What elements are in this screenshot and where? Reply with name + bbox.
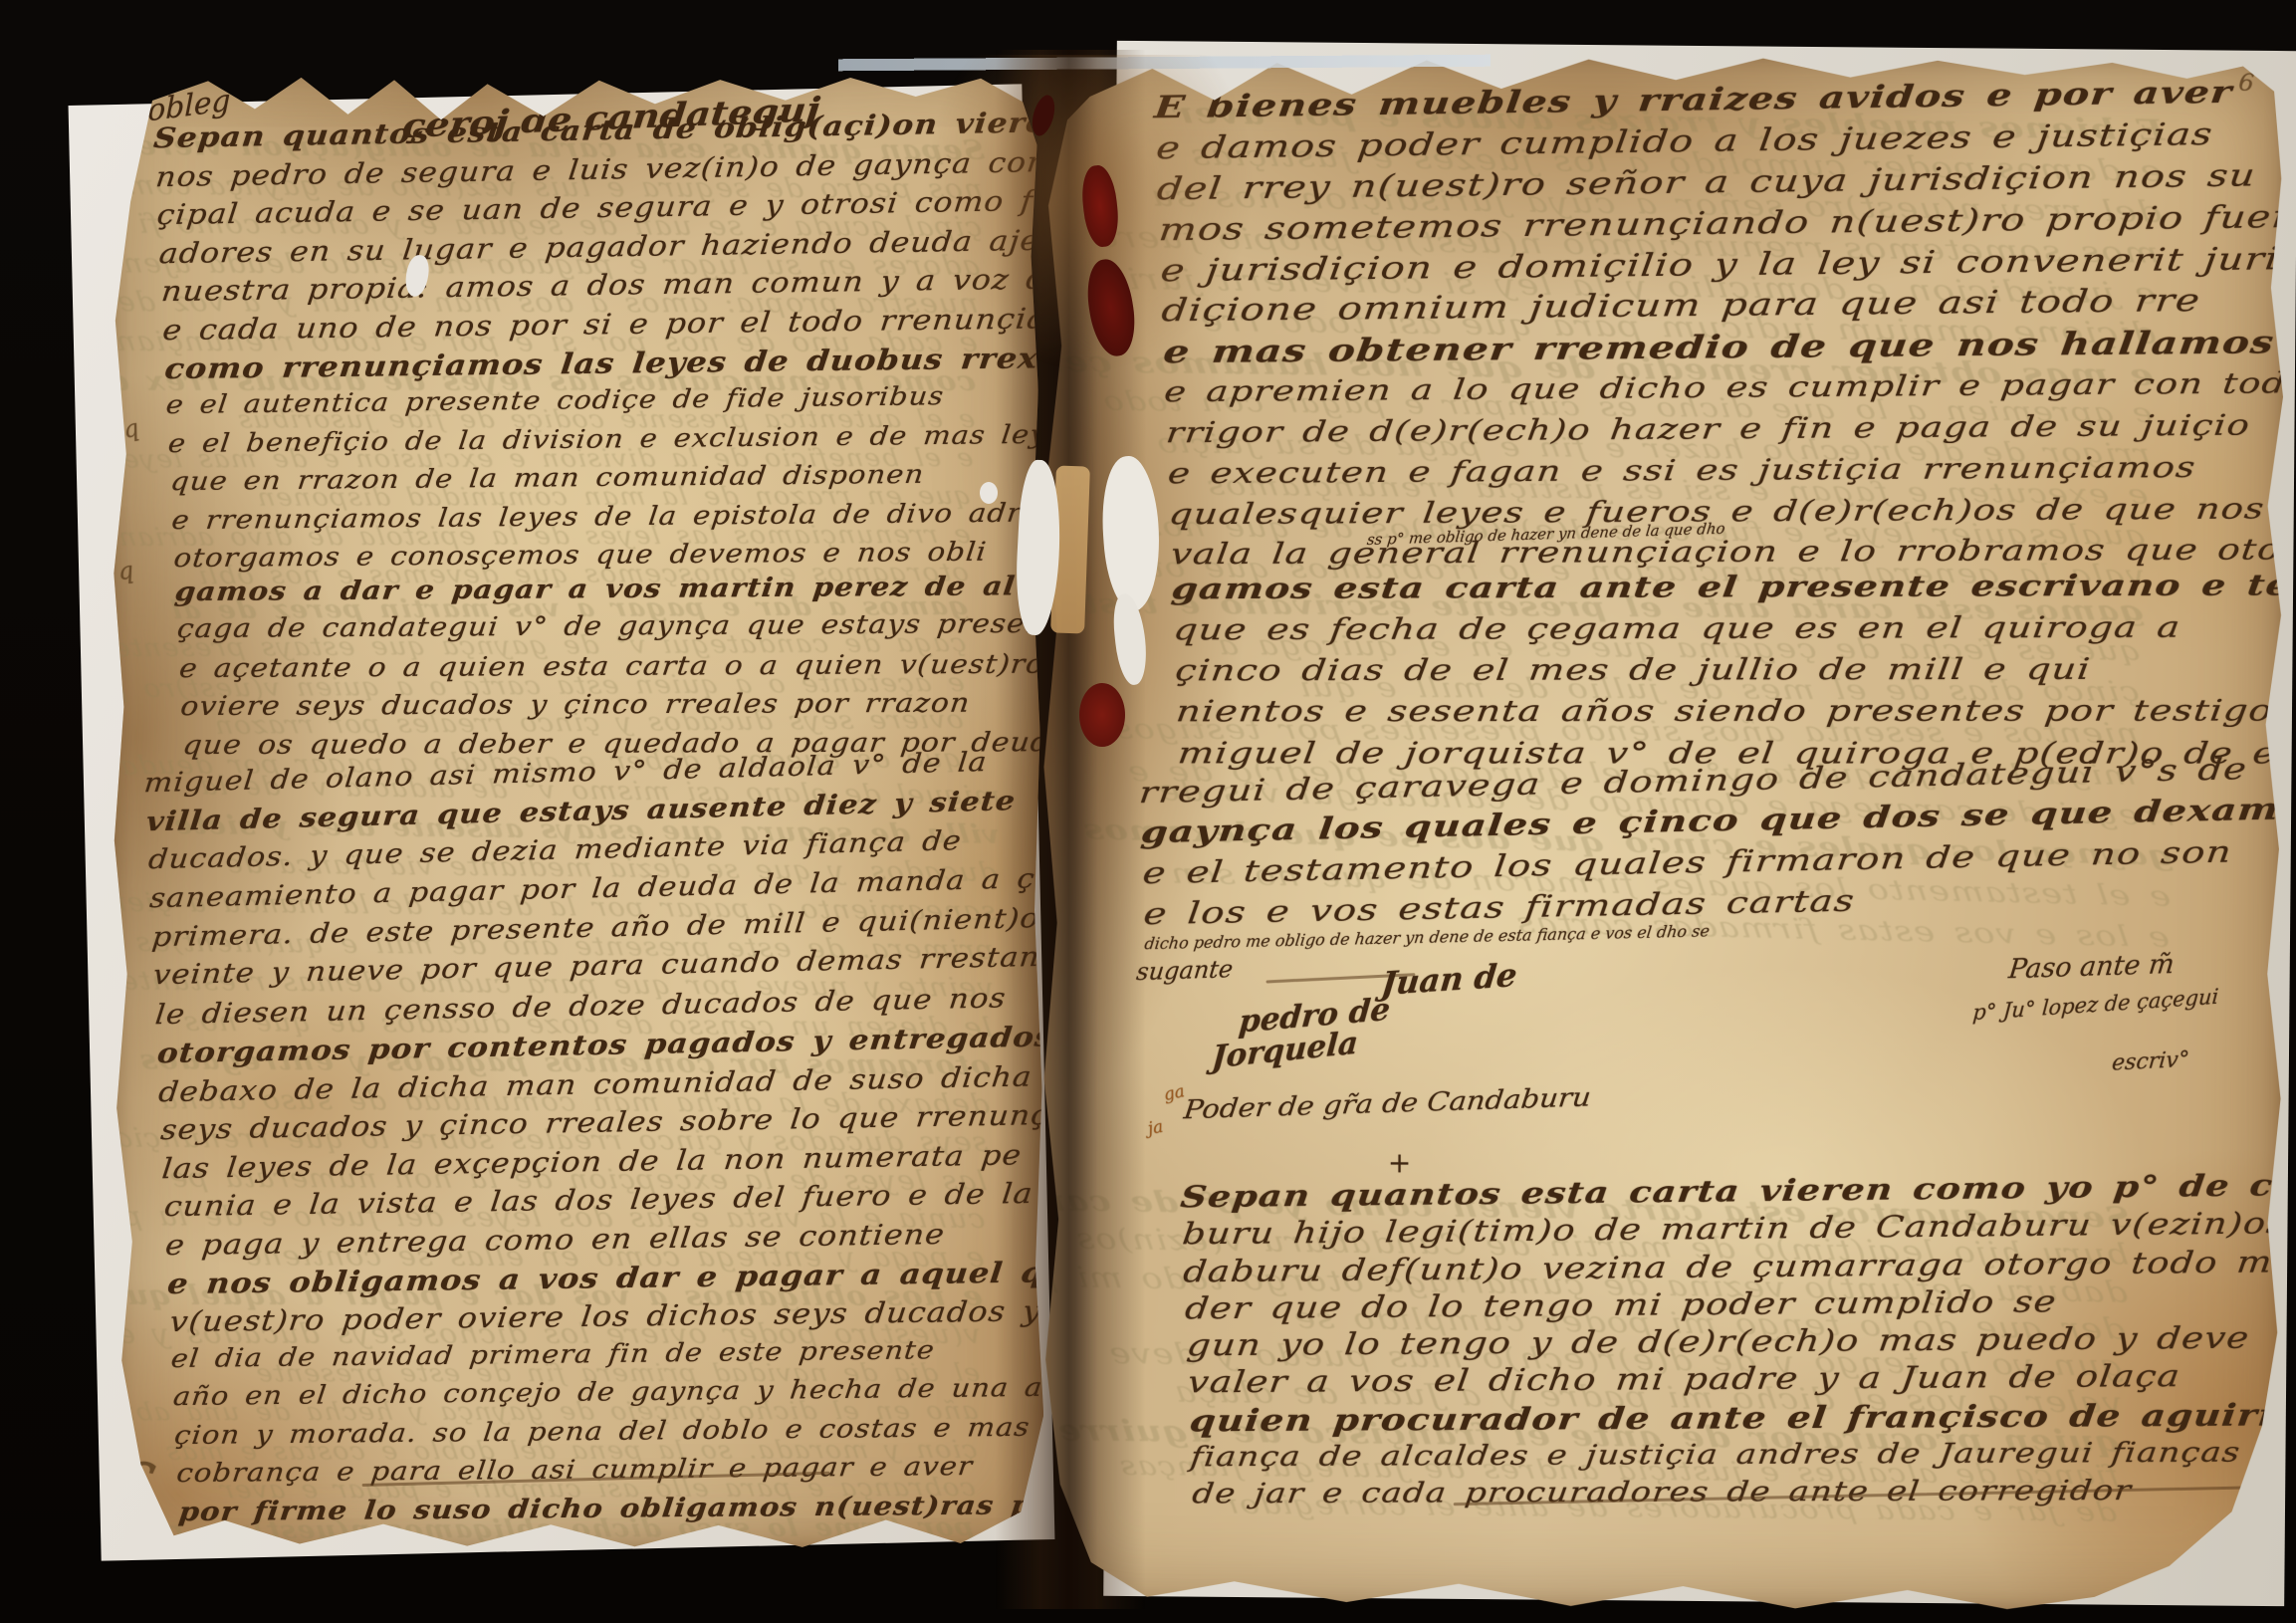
manuscript-line: que en rrazon de la man comunidad dispon… — [168, 460, 925, 497]
manuscript-line: daburu def(unt)o vezina de çumarraga oto… — [1182, 1244, 2296, 1289]
manuscript-line: las leyes de la exçepçion de la non nume… — [160, 1138, 1024, 1185]
manuscript-line: gun yo lo tengo y de d(e)r(ech)o mas pue… — [1185, 1321, 2251, 1364]
manuscript-line: el dia de navidad primera fin de este pr… — [169, 1335, 936, 1374]
manuscript-line: çaga de candategui v° de gaynça que esta… — [175, 609, 1078, 644]
manuscript-line: e paga y entrega como en ellas se contie… — [164, 1218, 947, 1262]
right-page-doc2-text: Sepan quantos esta carta vieren como yo … — [1034, 50, 2286, 1613]
manuscript-line: e el benefiçio de la division e exclusio… — [166, 419, 1082, 459]
manuscript-line: oviere seys ducados y çinco rreales por … — [179, 688, 973, 722]
manuscript-line: como rrenunçiamos las leyes de duobus rr… — [163, 340, 1204, 386]
manuscript-photo: Sepan quantos esta carta de oblig(açi)on… — [0, 0, 2296, 1623]
paper-hole-left-page-2 — [980, 482, 998, 504]
manuscript-line: çion y morada. so la pena del doblo e co… — [173, 1412, 1033, 1450]
wax-seal-spot-4 — [1079, 683, 1125, 747]
manuscript-page-right: E bienes muebles y rraizes avidos e por … — [1034, 50, 2286, 1613]
manuscript-line: nuestra propia: amos a dos man comun y a… — [159, 262, 1148, 309]
manuscript-line: e cada uno de nos por si e por el todo r… — [161, 301, 1112, 347]
left-page-text: Sepan quantos esta carta de oblig(açi)on… — [106, 64, 1044, 1554]
manuscript-line: adores en su lugar e pagador haziendo de… — [157, 223, 1082, 270]
manuscript-line: valer a vos el dicho mi padre y a Juan d… — [1186, 1359, 2182, 1400]
manuscript-line: cobrança e para ello asi cumplir e pagar… — [175, 1452, 975, 1489]
manuscript-line: gamos a dar e pagar a vos martin perez d… — [173, 571, 1018, 607]
manuscript-line: otorgamos e conosçemos que devemos e nos… — [172, 538, 989, 574]
manuscript-line: fiança de alcaldes e justiçia andres de … — [1189, 1436, 2243, 1474]
manuscript-line: e nos obligamos a vos dar e pagar a aque… — [166, 1254, 1163, 1300]
paso-escribano-title: escriv° — [2111, 1047, 2190, 1076]
manuscript-line: e rrenunçiamos las leyes de la epistola … — [170, 498, 1090, 536]
manuscript-page-left: Sepan quantos esta carta de oblig(açi)on… — [106, 64, 1044, 1554]
manuscript-line: çipal acuda e se uan de segura e y otros… — [156, 184, 1047, 231]
manuscript-line: e el autentica presente codiçe de fide j… — [165, 381, 947, 420]
manuscript-line: der que do lo tengo mi poder cumplido se — [1183, 1284, 2058, 1326]
manuscript-line: e açetante o a quien esta carta o a quie… — [177, 648, 1155, 684]
cross-mark: + — [1388, 1146, 1412, 1179]
manuscript-line: quien procurador de ante el françisco de… — [1188, 1397, 2296, 1439]
margin-note-ga: ga — [1162, 1081, 1187, 1105]
manuscript-line: año en el dicho conçejo de gaynça y hech… — [171, 1372, 1105, 1412]
paso-ante-mi: Paso ante m̃ — [2007, 949, 2177, 985]
closing-word: sugante — [1135, 955, 1235, 986]
margin-note-ja: ja — [1146, 1117, 1165, 1139]
wax-seal-spot-1 — [1029, 93, 1058, 138]
